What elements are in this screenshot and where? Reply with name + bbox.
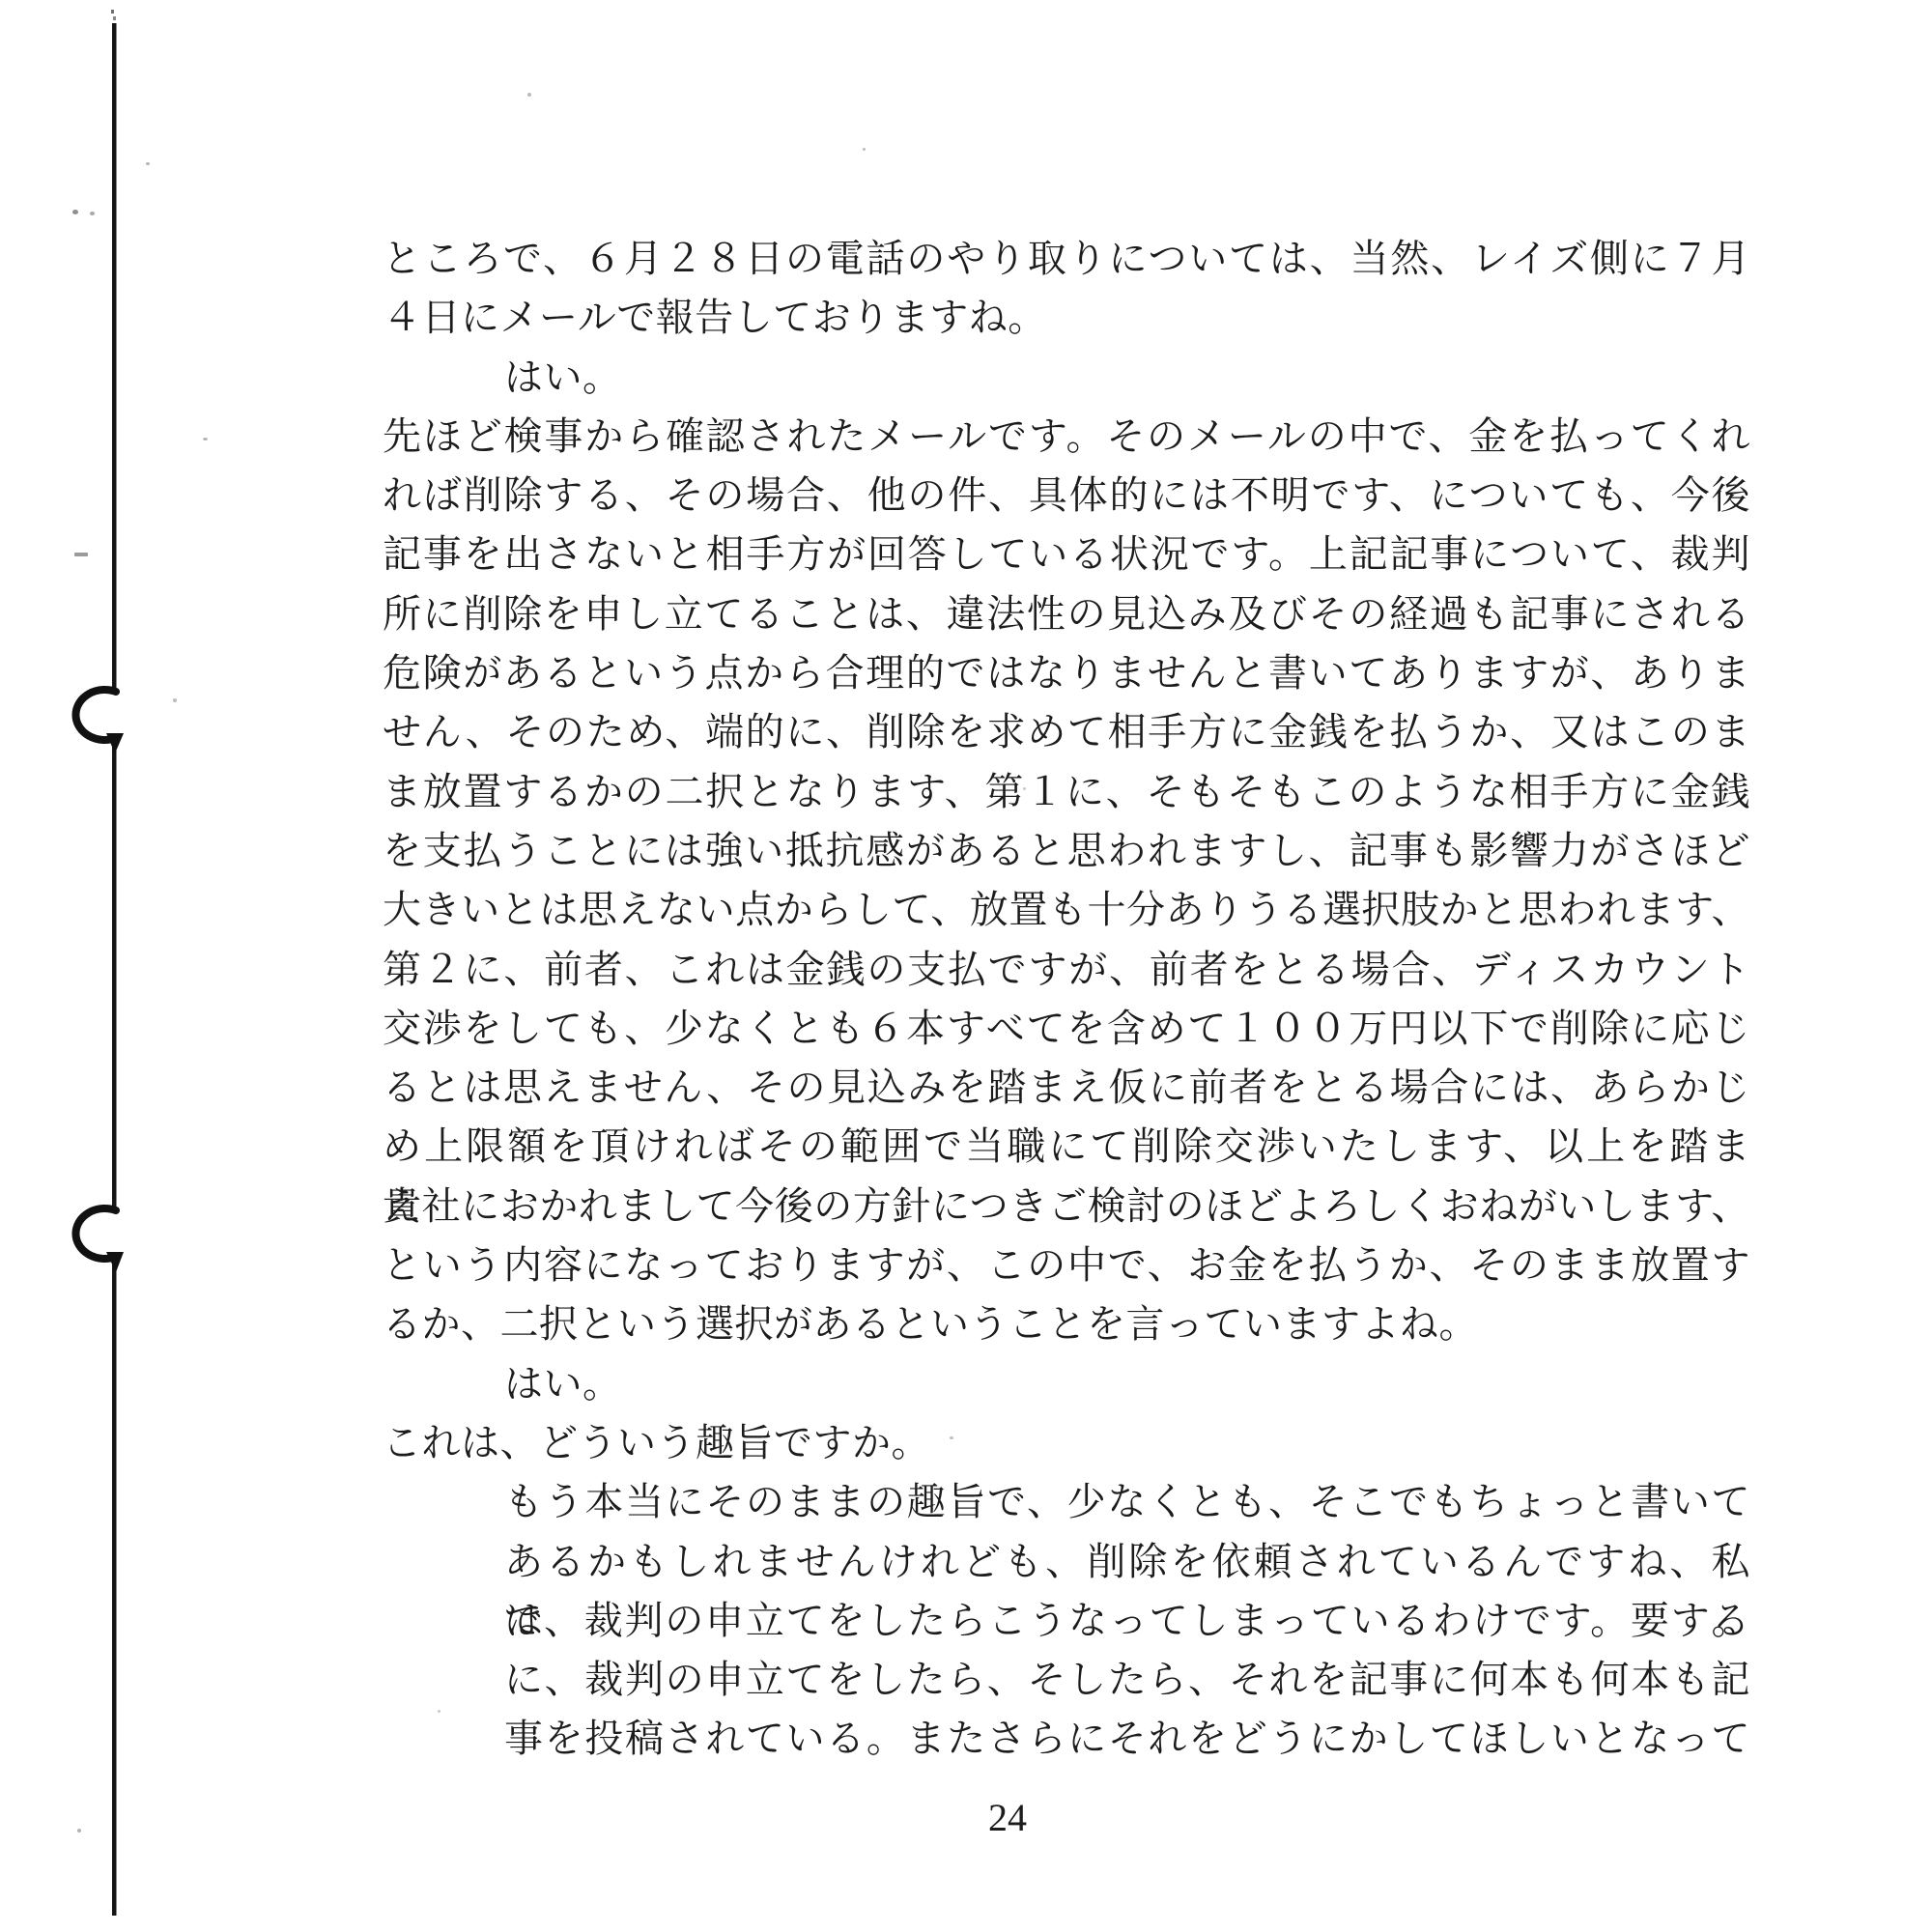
scan-speck xyxy=(863,148,866,151)
page-number: 24 xyxy=(969,1795,1046,1840)
scan-speck xyxy=(77,1829,81,1833)
binding-line xyxy=(112,23,117,688)
transcript-line: るとは思えません、その見込みを踏まえ仮に前者をとる場合には、あらかじ xyxy=(383,1058,1750,1117)
transcript-line: 先ほど検事から確認されたメールです。そのメールの中で、金を払ってくれ xyxy=(383,407,1750,466)
transcript-line: あるかもしれませんけれども、削除を依頼されているんですね、私は。 xyxy=(504,1532,1750,1591)
punch-hole-bottom xyxy=(75,1208,116,1259)
binding-line-speckle xyxy=(111,10,114,14)
transcript-line: せん、そのため、端的に、削除を求めて相手方に金銭を払うか、又はこのま xyxy=(383,702,1750,761)
binding-line xyxy=(112,738,117,1207)
binding-line xyxy=(112,1257,117,1916)
transcript-line: ところで、６月２８日の電話のやり取りについては、当然、レイズ側に７月 xyxy=(383,229,1750,288)
punch-hole-top-tip xyxy=(106,733,124,753)
scan-speck xyxy=(146,162,150,165)
transcript-text: ところで、６月２８日の電話のやり取りについては、当然、レイズ側に７月４日にメール… xyxy=(383,229,1750,1769)
transcript-line: という内容になっておりますが、この中で、お金を払うか、そのまま放置す xyxy=(383,1236,1750,1294)
transcript-line: るか、二択という選択があるということを言っていますよね。 xyxy=(383,1294,1750,1353)
transcript-line: 貴社におかれまして今後の方針につきご検討のほどよろしくおねがいします、 xyxy=(383,1177,1750,1236)
binding-line-speckle xyxy=(113,16,116,20)
scan-speck xyxy=(90,212,95,215)
document-page: ところで、６月２８日の電話のやり取りについては、当然、レイズ側に７月４日にメール… xyxy=(0,0,1932,1932)
scan-speck xyxy=(74,553,88,556)
transcript-line: もう本当にそのままの趣旨で、少なくとも、そこでもちょっと書いて xyxy=(504,1472,1750,1531)
transcript-line: を支払うことには強い抵抗感があると思われますし、記事も影響力がさほど xyxy=(383,821,1750,880)
punch-hole-top xyxy=(75,690,116,740)
transcript-line: に、裁判の申立てをしたら、そしたら、それを記事に何本も何本も記 xyxy=(504,1650,1750,1709)
transcript-line: はい。 xyxy=(504,348,1750,407)
scan-speck xyxy=(203,438,208,440)
transcript-line: 事を投稿されている。またさらにそれをどうにかしてほしいとなって xyxy=(504,1709,1750,1768)
punch-hole-bottom-tip xyxy=(106,1252,124,1272)
scan-speck xyxy=(173,698,177,702)
scan-speck xyxy=(527,93,531,97)
transcript-line: 交渉をしても、少なくとも６本すべてを含めて１００万円以下で削除に応じ xyxy=(383,999,1750,1058)
transcript-line: ４日にメールで報告しておりますね。 xyxy=(383,288,1750,347)
transcript-line: これは、どういう趣旨ですか。 xyxy=(383,1413,1750,1472)
transcript-line: め上限額を頂ければその範囲で当職にて削除交渉いたします、以上を踏まえ、 xyxy=(383,1117,1750,1176)
transcript-line: で、裁判の申立てをしたらこうなってしまっているわけです。要する xyxy=(504,1591,1750,1650)
transcript-line: 第２に、前者、これは金銭の支払ですが、前者をとる場合、ディスカウント xyxy=(383,940,1750,999)
transcript-line: ま放置するかの二択となります、第１に、そもそもこのような相手方に金銭 xyxy=(383,762,1750,821)
transcript-line: 記事を出さないと相手方が回答している状況です。上記記事について、裁判 xyxy=(383,525,1750,583)
transcript-line: 所に削除を申し立てることは、違法性の見込み及びその経過も記事にされる xyxy=(383,584,1750,643)
transcript-line: 大きいとは思えない点からして、放置も十分ありうる選択肢かと思われます、 xyxy=(383,880,1750,939)
scan-speck xyxy=(72,210,78,214)
transcript-line: はい。 xyxy=(504,1354,1750,1413)
transcript-line: 危険があるという点から合理的ではなりませんと書いてありますが、ありま xyxy=(383,643,1750,702)
transcript-line: れば削除する、その場合、他の件、具体的には不明です、についても、今後 xyxy=(383,466,1750,525)
